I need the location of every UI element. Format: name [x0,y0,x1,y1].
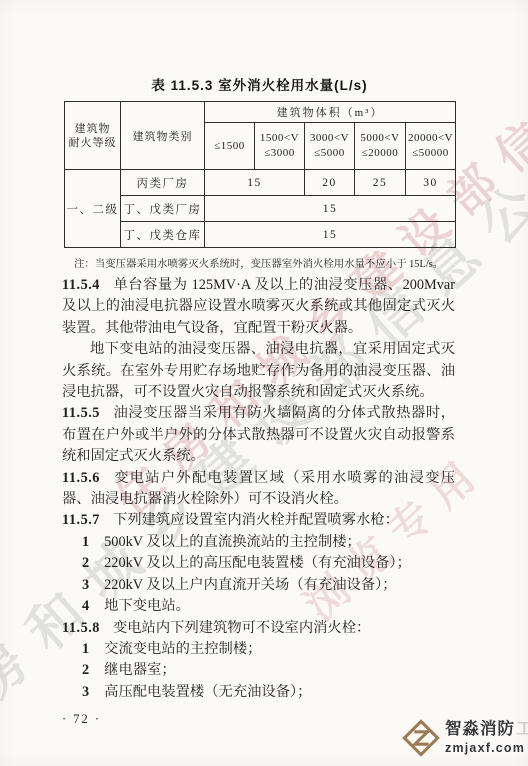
table-title: 表 11.5.3 室外消火栓用水量(L/s) [64,0,455,94]
item-number: 4 [82,598,89,614]
item-text: 地下变电站。 [104,598,190,614]
list-item: 4地下变电站。 [62,596,455,617]
table-row: 丁、戊类厂房 15 [65,196,456,222]
item-text: 高压配电装置楼（无充油设备）； [104,684,311,700]
list-item: 2220kV 及以上的高压配电装置楼（有充油设备）； [62,553,455,574]
clause-11-5-7: 11.5.7下列建筑应设置室内消火栓并配置喷雾水枪： [62,510,455,531]
header-fire-grade-line1: 建筑物 [65,122,120,136]
list-item: 1500kV 及以上的直流换流站的主控制楼； [62,532,455,553]
cell-value: 25 [355,170,406,196]
cell-value: 30 [406,170,456,196]
list-item: 3高压配电装置楼（无充油设备）； [62,682,455,703]
list-item: 3220kV 及以上户内直流开关场（有充油设备）； [62,575,455,596]
logo-name: 智淼消防工程 [445,720,528,738]
item-number: 2 [82,662,89,678]
list-item: 2继电器室； [62,660,455,681]
item-text: 交流变电站的主控制楼； [104,641,261,657]
clause-number: 11.5.4 [62,277,100,293]
outdoor-hydrant-water-table: 建筑物 耐火等级 建筑物类别 建筑物体积（m³） ≤1500 1500<V≤30… [64,101,456,248]
zmjaxf-logo: 智淼消防工程 zmjaxf.com [402,719,528,757]
logo-domain: zmjaxf.com [445,742,528,755]
table-note: 注：当变压器采用水喷雾灭火系统时，变压器室外消火栓用水量不应小于 15L/s。 [74,255,460,270]
cell-category: 丙类厂房 [121,170,205,196]
table-row: 一、二级 丙类厂房 15 20 25 30 [65,170,456,196]
logo-name-main: 智淼消防 [445,720,515,738]
clause-11-5-4: 11.5.4单台容量为 125MV·A 及以上的油浸变压器、200Mvar 及以… [62,275,455,339]
cell-value: 15 [205,170,305,196]
diamond-z-logo-icon [402,719,440,757]
table-header-row-volume-group: 建筑物 耐火等级 建筑物类别 建筑物体积（m³） [65,102,456,123]
clause-text: 油浸变压器当采用有防火墙隔离的分体式散热器时，布置在户外或半户外的分体式散热器可… [62,405,455,464]
clause-text: 单台容量为 125MV·A 及以上的油浸变压器、200Mvar 及以上的油浸电抗… [62,277,455,336]
scanned-document-page: 住房和城乡建设部信息公开 住房和城乡建设部信息公开 浏览专用 表 11.5.3 … [0,0,528,766]
clause-text: 变电站内下列建筑物可不设室内消火栓： [113,620,370,636]
table-row: 丁、戊类仓库 15 [65,222,456,248]
clause-11-5-6: 11.5.6变电站户外配电装置区域（采用水喷雾的油浸变压器、油浸电抗器消火栓除外… [62,468,455,511]
clause-number: 11.5.8 [62,620,100,636]
item-text: 220kV 及以上户内直流开关场（有充油设备）； [104,577,396,593]
clause-text: 地下变电站的油浸变压器、油浸电抗器，宜采用固定式灭火系统。在室外专用贮存场地贮存… [62,341,455,400]
item-text: 500kV 及以上的直流换流站的主控制楼； [104,534,361,550]
clause-body: 11.5.4单台容量为 125MV·A 及以上的油浸变压器、200Mvar 及以… [62,275,455,703]
header-vol-20000-50000: 20000<V≤50000 [406,123,456,170]
item-text: 220kV 及以上的高压配电装置楼（有充油设备）； [104,555,411,571]
logo-name-suffix: 工程 [516,720,528,738]
cell-value: 20 [305,170,355,196]
cell-category: 丁、戊类厂房 [121,196,205,222]
clause-number: 11.5.5 [62,405,100,421]
cell-value: 15 [205,196,456,222]
clause-text: 变电站户外配电装置区域（采用水喷雾的油浸变压器、油浸电抗器消火栓除外）可不设消火… [62,470,455,507]
item-number: 3 [82,684,89,700]
clause-number: 11.5.7 [62,512,100,528]
cell-fire-grade: 一、二级 [65,170,121,248]
clause-11-5-8: 11.5.8变电站内下列建筑物可不设室内消火栓： [62,618,455,639]
cell-value: 15 [205,222,456,248]
item-number: 1 [82,641,89,657]
item-number: 1 [82,534,89,550]
cell-category: 丁、戊类仓库 [121,222,205,248]
header-vol-3000-5000: 3000<V≤5000 [305,123,355,170]
clause-11-5-5: 11.5.5油浸变压器当采用有防火墙隔离的分体式散热器时，布置在户外或半户外的分… [62,403,455,467]
item-number: 2 [82,555,89,571]
header-vol-5000-20000: 5000<V≤20000 [355,123,406,170]
clause-11-5-4-para2: 地下变电站的油浸变压器、油浸电抗器，宜采用固定式灭火系统。在室外专用贮存场地贮存… [62,339,455,403]
header-vol-le1500: ≤1500 [205,123,255,170]
clause-text: 下列建筑应设置室内消火栓并配置喷雾水枪： [113,512,399,528]
list-item: 1交流变电站的主控制楼； [62,639,455,660]
header-fire-resistance-grade: 建筑物 耐火等级 [65,102,121,170]
header-fire-grade-line2: 耐火等级 [65,136,120,150]
header-building-volume: 建筑物体积（m³） [205,102,456,123]
header-vol-1500-3000: 1500<V≤3000 [255,123,305,170]
clause-number: 11.5.6 [62,470,100,486]
item-text: 继电器室； [104,662,175,678]
item-number: 3 [82,577,89,593]
header-building-category: 建筑物类别 [121,102,205,170]
